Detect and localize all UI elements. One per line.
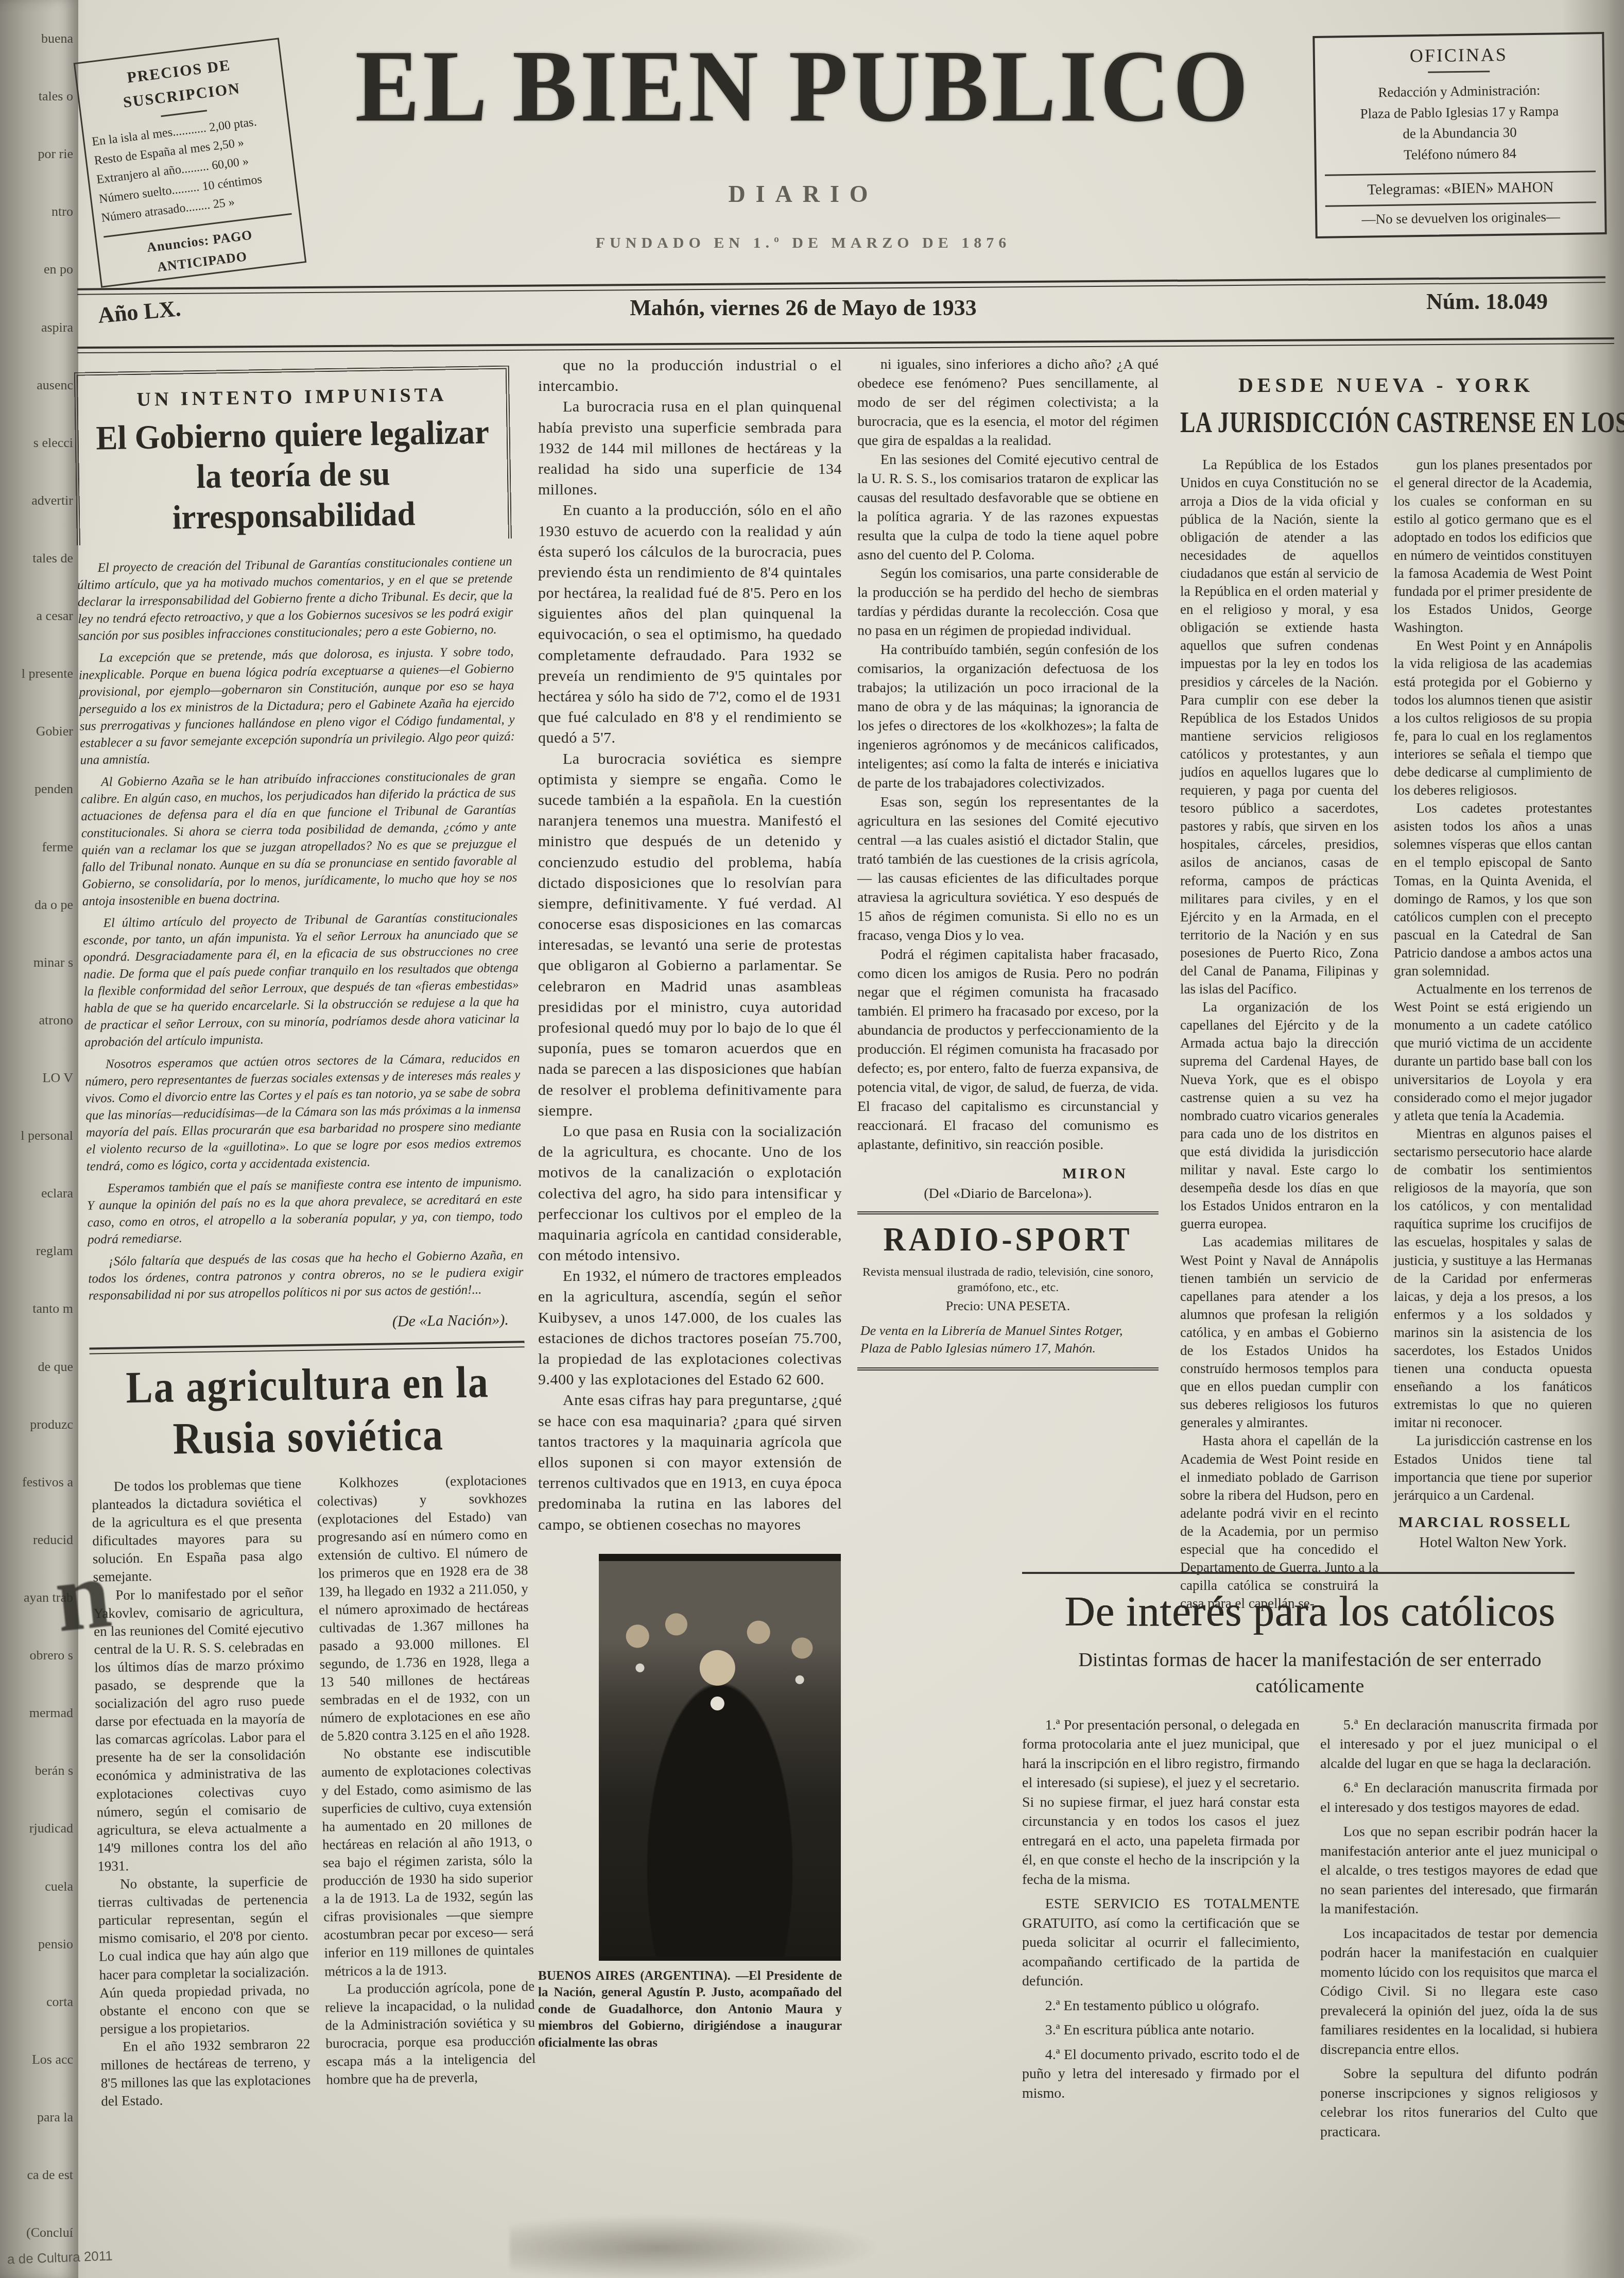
paragraph: Mientras en algunos paises el sectarismo… [1394, 1125, 1592, 1432]
paragraph: a cesar [0, 608, 73, 624]
newyork-signature: MARCIAL ROSSELL [1394, 1514, 1571, 1531]
paragraph: LO V [0, 1070, 73, 1086]
masthead-rule-bottom [77, 337, 1614, 353]
newspaper-page: buenatales opor rientroen poaspiraausenc… [0, 0, 1624, 2278]
paragraph: eclara [0, 1186, 73, 1201]
column-4: DESDE NUEVA - YORK LA JURISDICCIÓN CASTR… [1180, 355, 1592, 1613]
paragraph: ca de est [0, 2167, 73, 2183]
paragraph: advertir [0, 493, 73, 508]
radio-sport-ad: RADIO-SPORT Revista mensual ilustrada de… [857, 1211, 1159, 1371]
radio-sport-vendor: De venta en la Librería de Manuel Sintes… [860, 1322, 1155, 1357]
column-3: ni iguales, sino inferiores a dicho año?… [857, 355, 1159, 1371]
paragraph: produzc [0, 1417, 73, 1432]
newyork-col-left: La República de los Estados Unidos en cu… [1180, 456, 1378, 1613]
paragraph: pensio [0, 1937, 73, 1952]
paragraph: aspira [0, 320, 73, 335]
paragraph: berán s [0, 1763, 73, 1778]
offices-lines: Redacción y Administración:Plaza de Pabl… [1324, 79, 1596, 166]
agriculture-col-right: Kolkhozes (explotaciones colectivas) y s… [317, 1471, 537, 2107]
paragraph: Los que no sepan escribir podrán hacer l… [1320, 1822, 1598, 1919]
paragraph: En el año 1932 sembraron 22 millones de … [100, 2035, 312, 2111]
paragraph: Plaza de Pablo Iglesias 17 y Rampa [1324, 100, 1595, 125]
author-signature: MIRON [857, 1165, 1128, 1183]
paragraph: La jurisdicción castrense en los Estados… [1394, 1432, 1592, 1504]
newyork-kicker: DESDE NUEVA - YORK [1180, 373, 1592, 397]
paragraph: Los incapacitados de testar por demencia… [1320, 1924, 1598, 2060]
paragraph: Los acc [0, 2052, 73, 2067]
paragraph: La producción agrícola, pone de relieve … [324, 1977, 536, 2089]
scan-smudge [510, 2215, 880, 2278]
column-3-body: ni iguales, sino inferiores a dicho año?… [857, 355, 1159, 1155]
paragraph: Nosotros esperamos que actúen otros sect… [85, 1049, 522, 1175]
photo-caption: BUENOS AIRES (ARGENTINA). —El Presidente… [538, 1968, 842, 2052]
article-source: (Del «Diario de Barcelona»). [857, 1186, 1159, 1202]
paragraph: En West Point y en Annápolis la vida rel… [1394, 637, 1592, 799]
paragraph: festivos a [0, 1475, 73, 1490]
paragraph: La República de los Estados Unidos en cu… [1180, 456, 1378, 998]
paragraph: penden [0, 781, 73, 797]
newyork-signature-address: Hotel Walton New York. [1394, 1534, 1592, 1551]
paragraph: Según los comisarios, una parte consider… [857, 564, 1159, 641]
section-rule [89, 1341, 524, 1354]
strip-text-fragments: buenatales opor rientroen poaspiraausenc… [0, 0, 78, 2256]
agriculture-col-left: De todos los problemas que tiene plantea… [91, 1475, 311, 2111]
paragraph: Al Gobierno Azaña se le han atribuído in… [80, 767, 517, 910]
paragraph: tanto m [0, 1301, 73, 1316]
paragraph: Teléfono número 84 [1324, 142, 1596, 166]
editorial-frame: UN INTENTO IMPUNISTA El Gobierno quiere … [74, 366, 512, 545]
paragraph: De todos los problemas que tiene plantea… [91, 1475, 303, 1586]
paragraph: gun los planes presentados por el genera… [1394, 456, 1592, 637]
paragraph: La organización de los capellanes del Ej… [1180, 998, 1378, 1233]
paragraph: Esas son, según los representantes de la… [857, 793, 1159, 946]
paragraph: No obstante, la superficie de tierras cu… [98, 1872, 310, 2038]
paragraph: ni iguales, sino inferiores a dicho año?… [857, 355, 1159, 451]
paragraph: ntro [0, 204, 73, 219]
year-label: Año LX. [97, 295, 182, 329]
paragraph: cuela [0, 1879, 73, 1894]
radio-sport-description: Revista mensual ilustrada de radio, tele… [860, 1264, 1155, 1295]
paragraph: Las academias militares de West Point y … [1180, 1233, 1378, 1432]
originals-note: —No se devuelven los originales— [1325, 201, 1597, 228]
paragraph: 1.ª Por presentación personal, o delegad… [1022, 1716, 1300, 1890]
paragraph: para la [0, 2110, 73, 2125]
paragraph: atrono [0, 1013, 73, 1028]
paragraph: da o pe [0, 897, 73, 913]
paragraph: El proyecto de creación del Tribunal de … [77, 553, 513, 645]
masthead-rule-top [77, 276, 1605, 295]
newyork-headline: LA JURISDICCIÓN CASTRENSE EN LOS ESTADOS… [1180, 407, 1592, 439]
paragraph: No obstante ese indiscutible aumento de … [321, 1742, 534, 1981]
radio-sport-price: Precio: UNA PESETA. [860, 1298, 1155, 1314]
paragraph: 3.ª En escritura pública ante notario. [1022, 2020, 1300, 2040]
paragraph: tales de [0, 551, 73, 566]
paragraph: Esperamos también que el país se manifie… [87, 1173, 523, 1248]
paragraph: El último artículo del proyecto de Tribu… [82, 908, 520, 1051]
paragraph: Actualmente en los terrenos de West Poin… [1394, 980, 1592, 1125]
offices-box: OFICINAS Redacción y Administración:Plaz… [1312, 32, 1606, 238]
paragraph: por rie [0, 146, 73, 162]
column-2-body: que no la producción industrial o el int… [538, 355, 842, 1535]
paragraph: Ha contribuído también, según confesión … [857, 641, 1159, 793]
founded-line: FUNDADO EN 1.º DE MARZO DE 1876 [273, 234, 1334, 252]
paragraph: Por lo manifestado por el señor Yakovlev… [93, 1583, 307, 1876]
catholics-section: De interés para los católicos Distintas … [1022, 1572, 1598, 2147]
agriculture-headline: La agricultura en la Rusia soviética [90, 1356, 526, 1466]
newspaper-title: EL BIEN PUBLICO [273, 26, 1334, 145]
paragraph: buena [0, 31, 73, 46]
news-photo [599, 1554, 841, 1961]
dateline: Mahón, viernes 26 de Mayo de 1933 [463, 295, 1143, 321]
paragraph: Gobier [0, 724, 73, 739]
editorial-body: El proyecto de creación del Tribunal de … [77, 553, 524, 1305]
editorial-kicker: UN INTENTO IMPUNISTA [88, 383, 496, 412]
paragraph: que no la producción industrial o el int… [538, 355, 842, 397]
column-1: UN INTENTO IMPUNISTA El Gobierno quiere … [74, 352, 536, 2111]
catholics-col-left: 1.ª Por presentación personal, o delegad… [1022, 1716, 1300, 2147]
paragraph: Ante esas cifras hay para preguntarse, ¿… [538, 1390, 842, 1535]
adjacent-page-strip: buenatales opor rientroen poaspiraausenc… [0, 0, 78, 2278]
paragraph: 5.ª En declaración manuscrita firmada po… [1320, 1716, 1598, 1774]
paragraph: La burocracia rusa en el plan quinquenal… [538, 397, 842, 500]
paragraph: En 1932, el número de tractores empleado… [538, 1266, 842, 1390]
issue-number: Núm. 18.049 [1426, 288, 1612, 315]
paragraph: 2.ª En testamento público u ológrafo. [1022, 1996, 1300, 2016]
column-2: que no la producción industrial o el int… [538, 355, 842, 2051]
offices-box-title: OFICINAS [1323, 42, 1595, 67]
paragraph: mermad [0, 1705, 73, 1721]
divider [161, 110, 207, 117]
catholics-col-right: 5.ª En declaración manuscrita firmada po… [1320, 1716, 1598, 2147]
paragraph: Lo que pasa en Rusia con la socializació… [538, 1121, 842, 1266]
paragraph: de que [0, 1359, 73, 1375]
paragraph: Podrá el régimen capitalista haber fraca… [857, 946, 1159, 1155]
telegrams-line: Telegramas: «BIEN» MAHON [1325, 170, 1596, 199]
paragraph: ESTE SERVICIO ES TOTALMENTE GRATUITO, as… [1022, 1894, 1300, 1991]
paragraph: ferme [0, 840, 73, 855]
section-rule [1022, 1572, 1575, 1577]
paragraph: rjudicad [0, 1821, 73, 1836]
paragraph: l personal [0, 1128, 73, 1143]
prices-box-title: PRECIOS DE SUSCRIPCION [83, 48, 278, 119]
paragraph: En las sesiones del Comité ejecutivo cen… [857, 451, 1159, 565]
subscription-prices-box: PRECIOS DE SUSCRIPCION En la isla al mes… [74, 38, 307, 288]
paragraph: ¡Sólo faltaría que después de las cosas … [88, 1246, 524, 1304]
paragraph: En cuanto a la producción, sólo en el añ… [538, 500, 842, 748]
paragraph: Los cadetes protestantes asisten todos l… [1394, 799, 1592, 980]
paragraph: minar s [0, 955, 73, 970]
paragraph: l presente [0, 666, 73, 681]
catholics-subtitle: Distintas formas de hacer la manifestaci… [1057, 1647, 1563, 1700]
catholics-headline: De interés para los católicos [1022, 1587, 1598, 1636]
paragraph: 6.ª En declaración manuscrita firmada po… [1320, 1778, 1598, 1817]
paragraph: ausenc [0, 378, 73, 393]
newspaper-subtitle: DIARIO [273, 180, 1334, 208]
paragraph: La burocracia soviética es siempre optim… [538, 749, 842, 1121]
newyork-col-right: gun los planes presentados por el genera… [1394, 456, 1592, 1613]
paragraph: La excepción que se pretende, más que do… [78, 643, 515, 768]
archive-stamp: a de Cultura 2011 [7, 2248, 113, 2267]
paragraph: en po [0, 262, 73, 277]
paragraph: Kolkhozes (explotaciones colectivas) y s… [317, 1471, 531, 1745]
paragraph: 4.ª El documento privado, escrito todo e… [1022, 2045, 1300, 2103]
paragraph: tales o [0, 89, 73, 104]
paragraph: corta [0, 1994, 73, 2010]
paragraph: Sobre la sepultura del difunto podrán po… [1320, 2064, 1598, 2142]
editorial-source: (De «La Nación»). [89, 1311, 509, 1335]
prices-lines: En la isla al mes........... 2,00 ptas.R… [91, 110, 291, 228]
newyork-col-right-body: gun los planes presentados por el genera… [1394, 456, 1592, 1504]
paragraph: s elecci [0, 435, 73, 451]
paragraph: (Concluí [0, 2225, 73, 2240]
radio-sport-title: RADIO-SPORT [860, 1220, 1155, 1259]
editorial-headline: El Gobierno quiere legalizar la teoría d… [89, 412, 498, 539]
divider [1428, 71, 1490, 73]
paragraph: reglam [0, 1243, 73, 1259]
